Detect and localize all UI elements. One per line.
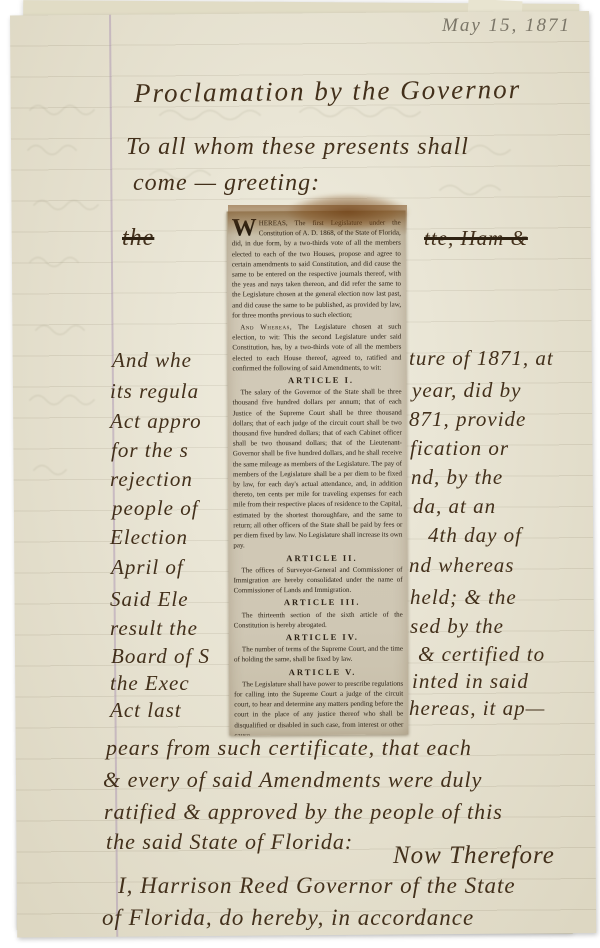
article-body: The number of terms of the Supreme Court…: [234, 644, 403, 665]
struck-fragment-right: tte, Ham &: [424, 228, 528, 249]
manuscript-line-left: Election: [110, 527, 188, 548]
manuscript-line-right: & certified to: [418, 644, 545, 665]
newspaper-clipping: WHEREAS, The first Legislature under the…: [227, 211, 409, 736]
manuscript-line-left: Board of S: [111, 646, 210, 667]
struck-fragment-left: the: [122, 226, 154, 250]
greeting-line-1: To all whom these presents shall: [126, 135, 469, 159]
manuscript-bottom-line: & every of said Amendments were duly: [103, 769, 482, 791]
manuscript-line-left: the Exec: [110, 673, 190, 694]
manuscript-bottom-line: the said State of Florida:: [106, 831, 353, 853]
article-body: The offices of Surveyor-General and Comm…: [233, 564, 402, 595]
pencil-date: May 15, 1871: [442, 16, 571, 35]
article-heading: ARTICLE V.: [234, 666, 403, 677]
document-page: May 15, 1871 Proclamation by the Governo…: [0, 0, 600, 948]
manuscript-line-right: fication or: [410, 438, 509, 459]
closing-line-2: of Florida, do hereby, in accordance: [102, 906, 474, 929]
now-therefore: Now Therefore: [393, 843, 555, 868]
manuscript-line-left: Act last: [110, 700, 182, 721]
clipping-paragraph-and-whereas: And Whereas, The Legislature chosen at s…: [232, 322, 401, 374]
manuscript-line-right: da, at an: [413, 496, 496, 517]
article-body: The Legislature shall have power to pres…: [234, 678, 403, 735]
clipping-dropcap: W: [232, 218, 259, 238]
manuscript-line-right: nd, by the: [411, 467, 503, 488]
manuscript-line-left: April of: [111, 557, 184, 578]
manuscript-line-left: And whe: [112, 350, 192, 371]
manuscript-line-right: 4th day of: [428, 525, 522, 546]
manuscript-bottom-line: pears from such certificate, that each: [106, 737, 472, 759]
manuscript-line-right: held; & the: [410, 587, 517, 608]
article-heading: ARTICLE III.: [234, 597, 403, 608]
manuscript-line-right: hereas, it ap—: [409, 698, 545, 719]
closing-line-1: I, Harrison Reed Governor of the State: [118, 874, 516, 897]
article-heading: ARTICLE II.: [233, 552, 402, 563]
article-body: The salary of the Governor of the State …: [233, 387, 403, 551]
clipping-paragraph-whereas: WHEREAS, The first Legislature under the…: [232, 218, 402, 321]
manuscript-line-left: result the: [110, 618, 198, 639]
greeting-line-2: come — greeting:: [133, 171, 320, 195]
manuscript-line-left: for the s: [111, 440, 189, 461]
manuscript-line-left: its regula: [110, 381, 199, 402]
manuscript-line-left: Act appro: [110, 411, 202, 432]
document-title: Proclamation by the Governor: [134, 76, 521, 107]
manuscript-line-left: rejection: [110, 469, 193, 490]
manuscript-line-right: nd whereas: [409, 555, 514, 576]
manuscript-line-left: people of: [112, 498, 199, 519]
and-whereas-lead: And Whereas,: [240, 323, 292, 331]
manuscript-line-right: year, did by: [412, 380, 521, 401]
manuscript-line-left: Said Ele: [110, 589, 189, 610]
manuscript-line-right: sed by the: [410, 616, 504, 637]
article-body: The thirteenth section of the sixth arti…: [234, 609, 403, 630]
manuscript-line-right: inted in said: [412, 671, 529, 692]
article-heading: ARTICLE I.: [232, 375, 401, 386]
article-heading: ARTICLE IV.: [234, 631, 403, 642]
manuscript-line-right: ture of 1871, at: [409, 348, 554, 369]
manuscript-line-right: 871, provide: [409, 409, 526, 430]
manuscript-bottom-line: ratified & approved by the people of thi…: [104, 801, 503, 823]
